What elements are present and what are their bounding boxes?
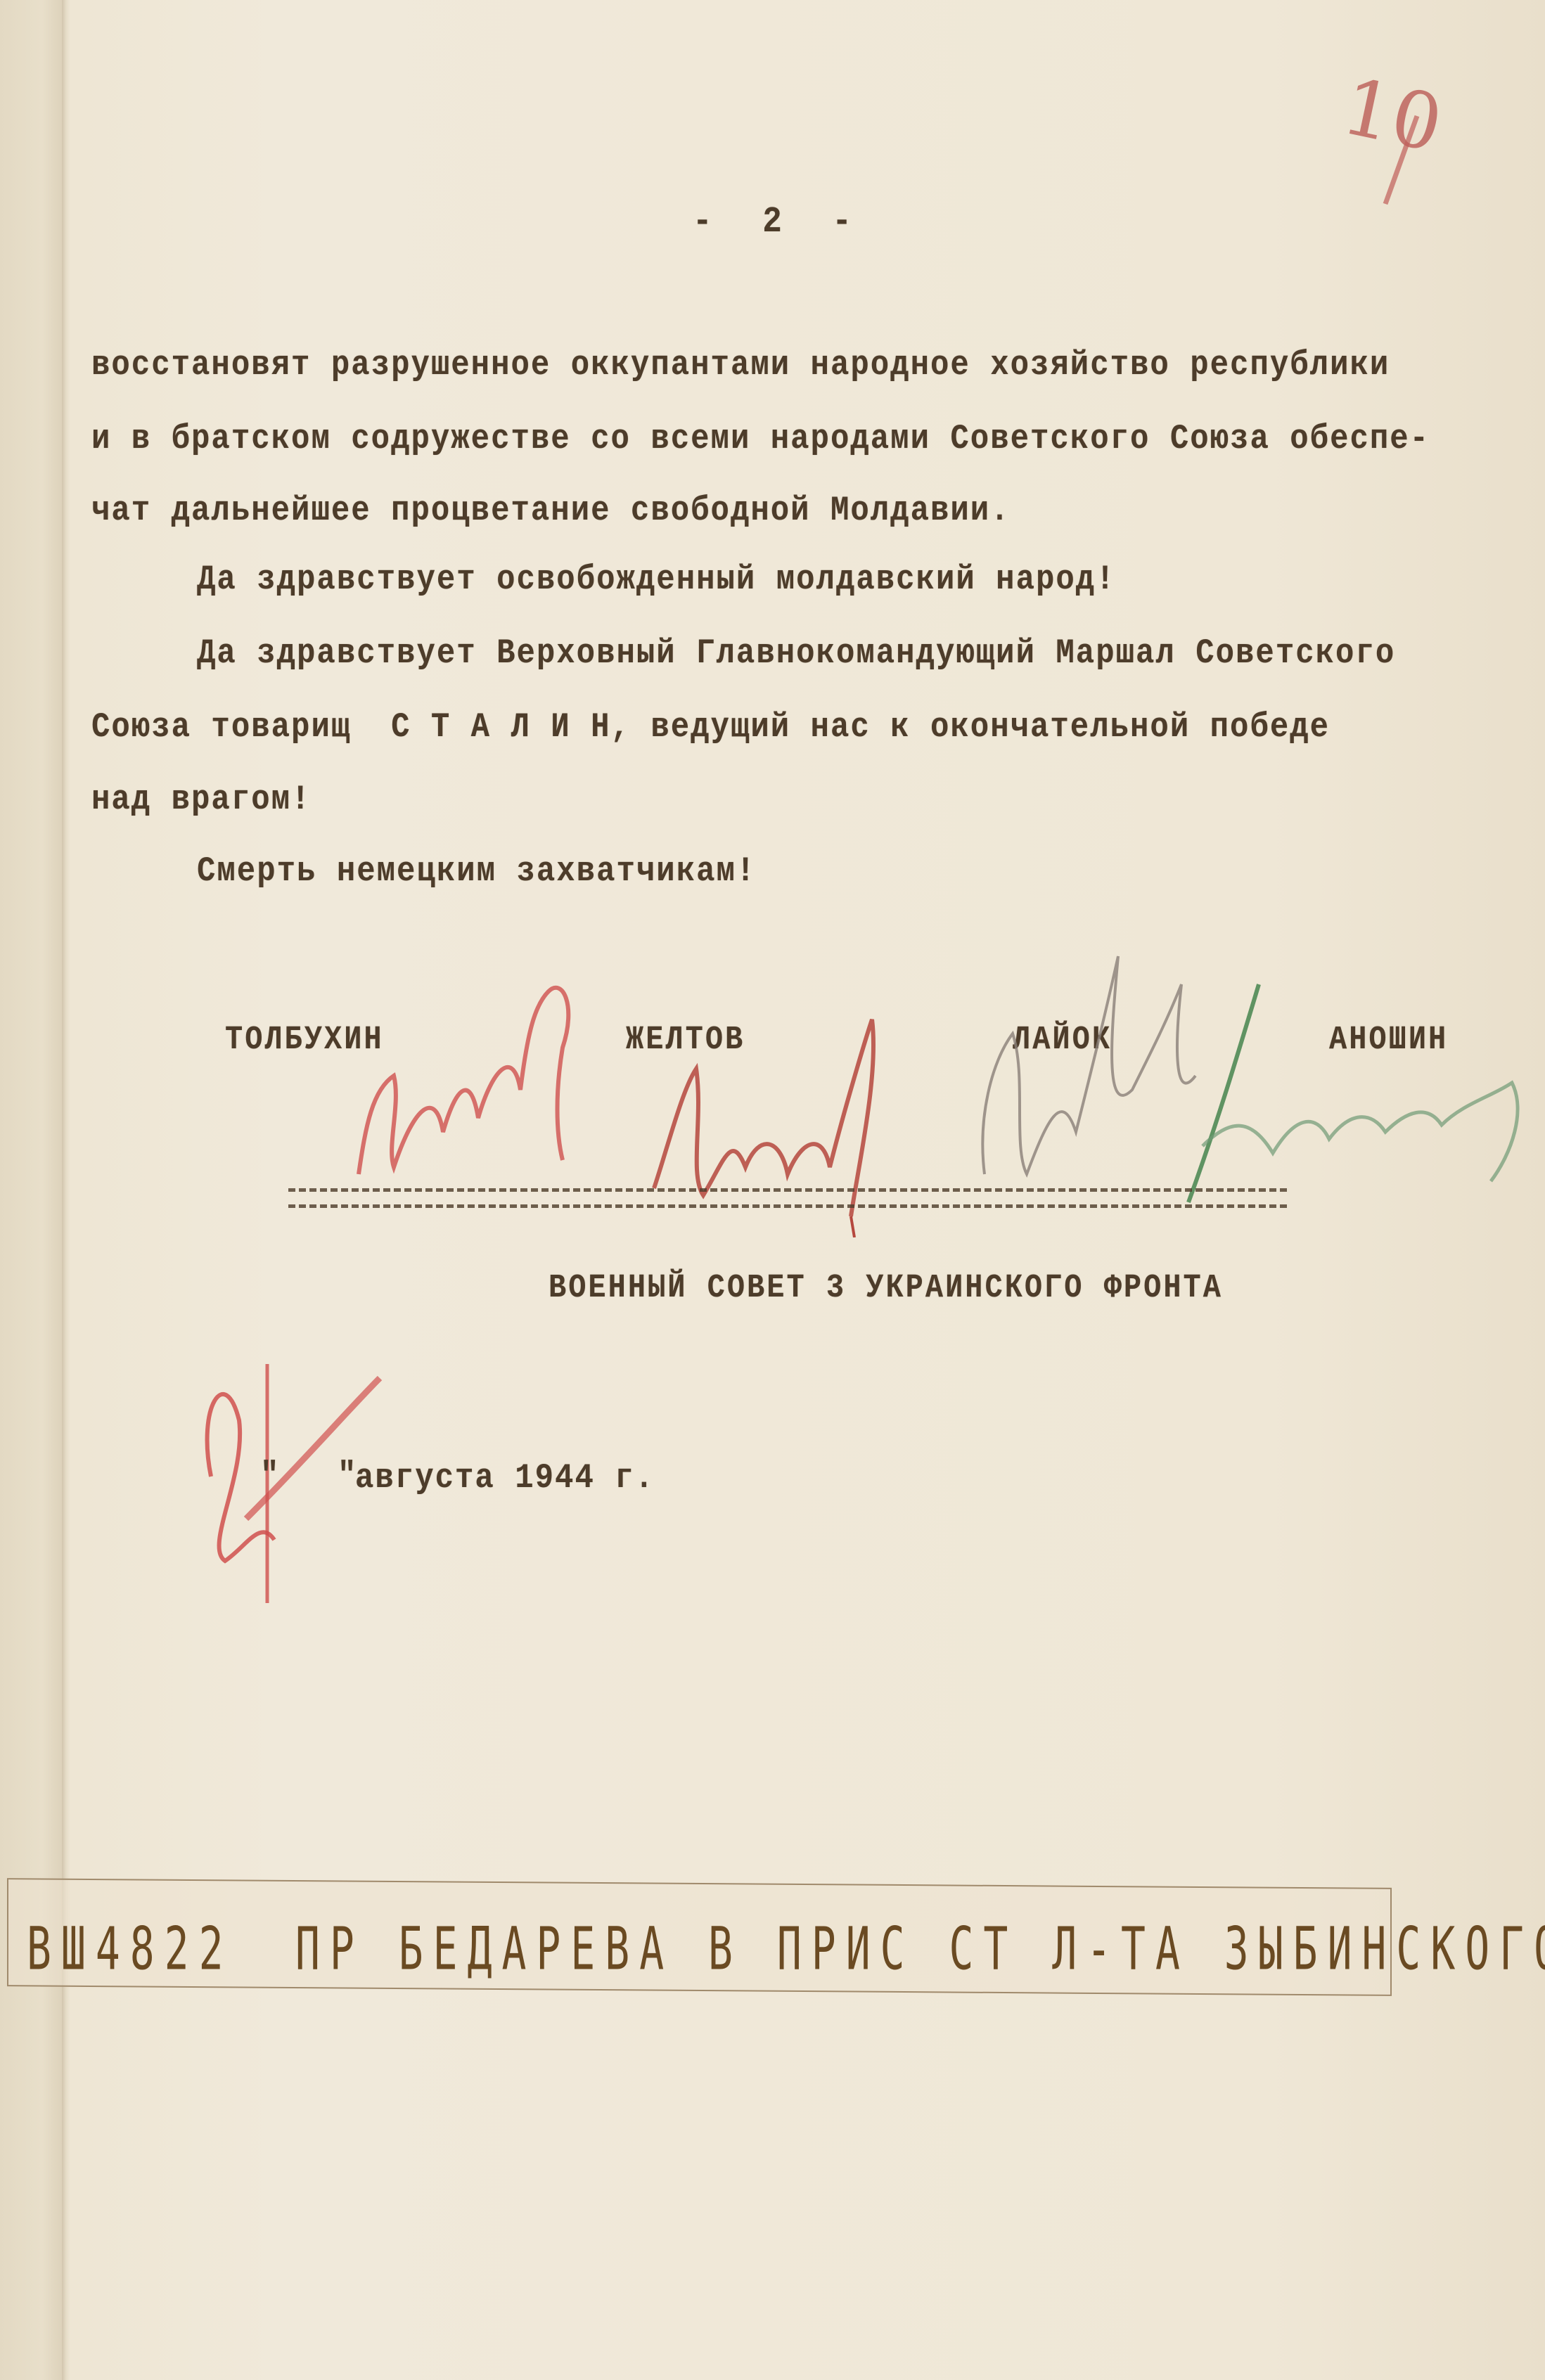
date-open-quote: " bbox=[260, 1459, 280, 1493]
telegraph-code: ВШ4822 bbox=[27, 1914, 233, 1983]
military-council-title: ВОЕННЫЙ СОВЕТ 3 УКРАИНСКОГО ФРОНТА bbox=[549, 1271, 1223, 1304]
slogan-stalin-line-3: над врагом! bbox=[91, 783, 311, 817]
slogan-death-to-invaders: Смерть немецким захватчикам! bbox=[197, 854, 756, 889]
body-line-2: и в братском содружестве со всеми народа… bbox=[91, 422, 1430, 456]
body-line-3: чат дальнейшее процветание свободной Мол… bbox=[91, 494, 1011, 528]
signature-anoshin-icon bbox=[1160, 970, 1540, 1223]
body-line-1: восстановят разрушенное оккупантами наро… bbox=[91, 348, 1390, 382]
slogan-stalin-line-1: Да здравствует Верховный Главнокомандующ… bbox=[197, 636, 1395, 671]
folio-slash-icon bbox=[1378, 112, 1421, 211]
page-number: - 2 - bbox=[693, 204, 867, 240]
binding-fold bbox=[62, 0, 66, 2380]
signature-double-rule bbox=[288, 1188, 1287, 1208]
telegraph-text: ПР БЕДАРЕВА В ПРИС СТ Л-ТА ЗЫБИНСКОГО bbox=[295, 1914, 1545, 1983]
slogan-moldavian-people: Да здравствует освобожденный молдавский … bbox=[197, 562, 1116, 597]
slogan-stalin-line-2: Союза товарищ С Т А Л И Н, ведущий нас к… bbox=[91, 710, 1330, 745]
date-month-year: августа 1944 г. bbox=[355, 1461, 655, 1495]
